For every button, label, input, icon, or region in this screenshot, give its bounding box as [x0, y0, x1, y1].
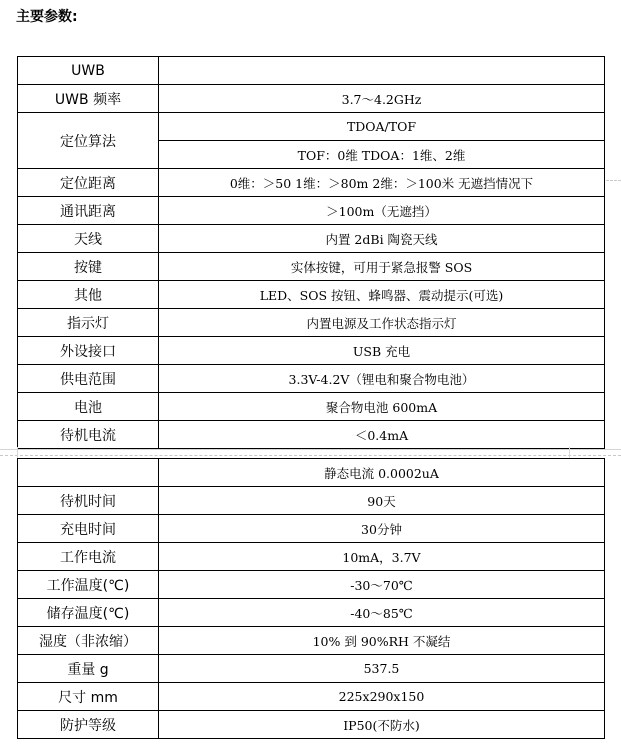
page-break-tick — [17, 447, 18, 458]
table-row: 其他 LED、SOS 按钮、蜂鸣器、震动提示(可选) — [18, 281, 605, 309]
param-value: 90天 — [159, 487, 605, 515]
table-row: 待机电流 ＜0.4mA — [18, 421, 605, 449]
param-value: 0维：＞50 1维：＞80m 2维：＞100米 无遮挡情况下 — [159, 169, 605, 197]
table-row: 待机时间 90天 — [18, 487, 605, 515]
param-value: LED、SOS 按钮、蜂鸣器、震动提示(可选) — [159, 281, 605, 309]
table-row: UWB 频率 3.7～4.2GHz — [18, 85, 605, 113]
param-value: 225x290x150 — [159, 683, 605, 711]
page-break-line — [0, 449, 621, 450]
param-value: 3.7～4.2GHz — [159, 85, 605, 113]
param-name: 按键 — [18, 253, 159, 281]
param-name: 指示灯 — [18, 309, 159, 337]
table-row: 按键 实体按键，可用于紧急报警 SOS — [18, 253, 605, 281]
param-value: 10% 到 90%RH 不凝结 — [159, 627, 605, 655]
param-value: TOF：0维 TDOA：1维、2维 — [159, 141, 605, 169]
param-name: UWB — [18, 57, 159, 85]
param-value: 内置 2dBi 陶瓷天线 — [159, 225, 605, 253]
table-row: 天线 内置 2dBi 陶瓷天线 — [18, 225, 605, 253]
table-row: 充电时间 30分钟 — [18, 515, 605, 543]
param-name: 天线 — [18, 225, 159, 253]
param-name: 定位距离 — [18, 169, 159, 197]
param-value: 30分钟 — [159, 515, 605, 543]
param-name: 工作温度(℃) — [18, 571, 159, 599]
param-name: 供电范围 — [18, 365, 159, 393]
param-value: -30～70℃ — [159, 571, 605, 599]
table-row: 静态电流 0.0002uA — [18, 459, 605, 487]
param-name: 通讯距离 — [18, 197, 159, 225]
param-name: 储存温度(℃) — [18, 599, 159, 627]
table-row: 电池 聚合物电池 600mA — [18, 393, 605, 421]
table-row: UWB — [18, 57, 605, 85]
param-name: 电池 — [18, 393, 159, 421]
param-value: 3.3V-4.2V（锂电和聚合物电池） — [159, 365, 605, 393]
param-name: 其他 — [18, 281, 159, 309]
table-row: 外设接口 USB 充电 — [18, 337, 605, 365]
table-row: 指示灯 内置电源及工作状态指示灯 — [18, 309, 605, 337]
param-value: 10mA，3.7V — [159, 543, 605, 571]
table-row: 储存温度(℃) -40～85℃ — [18, 599, 605, 627]
param-value: 537.5 — [159, 655, 605, 683]
param-value: TDOA/TOF — [159, 113, 605, 141]
param-name: 充电时间 — [18, 515, 159, 543]
page-break-tick — [569, 447, 570, 458]
param-name: 定位算法 — [18, 113, 159, 169]
param-value: 实体按键，可用于紧急报警 SOS — [159, 253, 605, 281]
param-name: 重量 g — [18, 655, 159, 683]
table-row: 尺寸 mm 225x290x150 — [18, 683, 605, 711]
table-row: 湿度（非浓缩） 10% 到 90%RH 不凝结 — [18, 627, 605, 655]
param-name: 待机时间 — [18, 487, 159, 515]
table-row: 重量 g 537.5 — [18, 655, 605, 683]
table-row: 防护等级 IP50(不防水) — [18, 711, 605, 739]
spec-table-part-1: UWB UWB 频率 3.7～4.2GHz 定位算法 TDOA/TOF TOF：… — [17, 56, 605, 449]
param-value: USB 充电 — [159, 337, 605, 365]
param-value: ＜0.4mA — [159, 421, 605, 449]
table-row: 工作温度(℃) -30～70℃ — [18, 571, 605, 599]
page-break-dashed-line — [0, 455, 621, 456]
param-value — [159, 57, 605, 85]
param-name: 工作电流 — [18, 543, 159, 571]
param-value: ＞100m（无遮挡） — [159, 197, 605, 225]
table-row: 定位算法 TDOA/TOF — [18, 113, 605, 141]
table-row: 工作电流 10mA，3.7V — [18, 543, 605, 571]
param-value: -40～85℃ — [159, 599, 605, 627]
spec-table-part-2: 静态电流 0.0002uA 待机时间 90天 充电时间 30分钟 工作电流 10… — [17, 458, 605, 739]
param-value: 静态电流 0.0002uA — [159, 459, 605, 487]
param-name — [18, 459, 159, 487]
table-row: 定位距离 0维：＞50 1维：＞80m 2维：＞100米 无遮挡情况下 — [18, 169, 605, 197]
table-row: 供电范围 3.3V-4.2V（锂电和聚合物电池） — [18, 365, 605, 393]
param-name: 待机电流 — [18, 421, 159, 449]
param-name: UWB 频率 — [18, 85, 159, 113]
param-name: 湿度（非浓缩） — [18, 627, 159, 655]
param-name: 外设接口 — [18, 337, 159, 365]
param-value: 聚合物电池 600mA — [159, 393, 605, 421]
param-value: 内置电源及工作状态指示灯 — [159, 309, 605, 337]
table-row: 通讯距离 ＞100m（无遮挡） — [18, 197, 605, 225]
param-name: 防护等级 — [18, 711, 159, 739]
section-title: 主要参数: — [16, 6, 78, 26]
page-margin-marker — [606, 180, 621, 181]
param-value: IP50(不防水) — [159, 711, 605, 739]
param-name: 尺寸 mm — [18, 683, 159, 711]
